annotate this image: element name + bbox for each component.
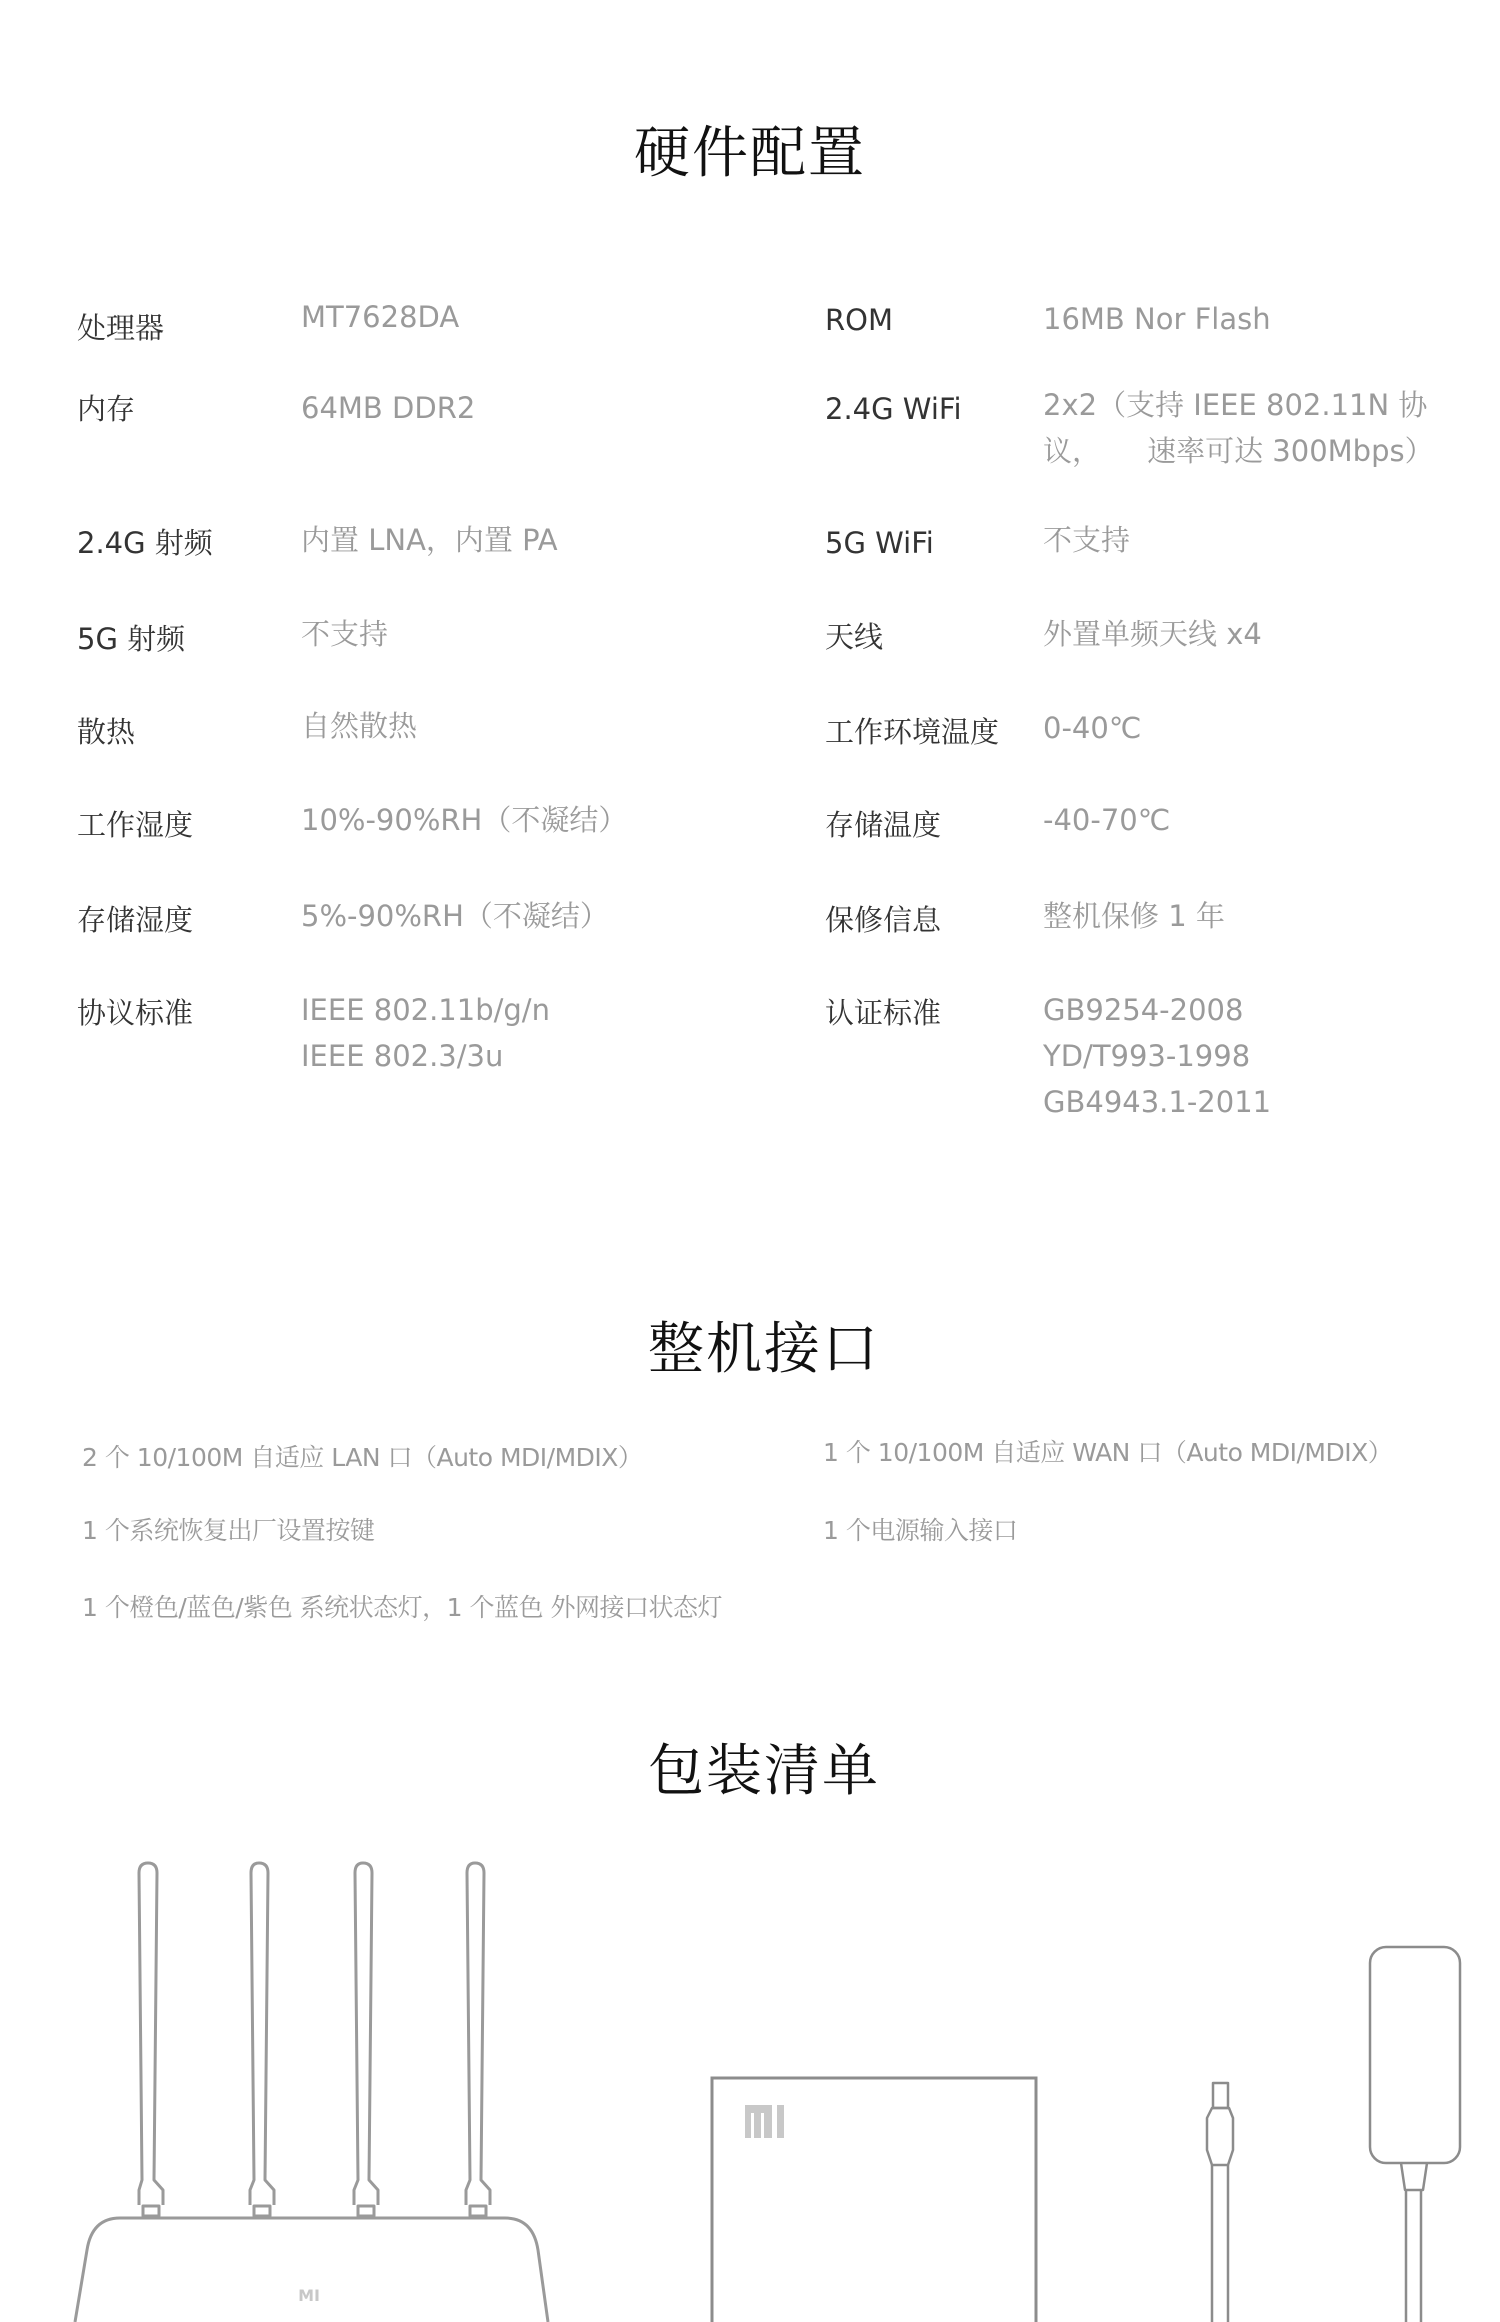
spec-label-storage-temp: 存储温度 <box>825 808 941 842</box>
interface-item-wan: 1 个 10/100M 自适应 WAN 口（Auto MDI/MDIX） <box>823 1437 1392 1469</box>
interfaces-section-title: 整机接口 <box>14 1318 1500 1382</box>
spec-label-rom: ROM <box>825 303 893 337</box>
router-antenna-icon <box>354 1863 378 2216</box>
manual-mi-logo <box>745 2105 784 2138</box>
spec-label-antenna: 天线 <box>825 620 883 654</box>
spec-label-protocol: 协议标准 <box>77 996 193 1030</box>
router-antenna-icon <box>139 1863 163 2216</box>
spec-value-protocol: IEEE 802.11b/g/n IEEE 802.3/3u <box>301 987 550 1079</box>
spec-label-op-temp: 工作环境温度 <box>825 715 999 749</box>
router-antenna-icon <box>466 1863 490 2216</box>
power-adapter-illustration <box>1370 1947 1460 2322</box>
dc-plug-illustration <box>1207 2083 1233 2322</box>
spec-label-op-humidity: 工作湿度 <box>77 808 193 842</box>
interface-item-lan: 2 个 10/100M 自适应 LAN 口（Auto MDI/MDIX） <box>82 1442 642 1474</box>
spec-label-24g-rf: 2.4G 射频 <box>77 526 213 560</box>
spec-value-op-temp: 0-40℃ <box>1043 705 1141 751</box>
spec-value-storage-temp: -40-70℃ <box>1043 797 1170 843</box>
router-illustration <box>75 1863 548 2322</box>
spec-label-memory: 内存 <box>77 392 135 426</box>
spec-label-processor: 处理器 <box>77 311 164 345</box>
spec-value-5g-rf: 不支持 <box>301 611 388 657</box>
hardware-section-title: 硬件配置 <box>0 122 1500 186</box>
interface-item-power-input: 1 个电源输入接口 <box>823 1515 1017 1547</box>
spec-label-warranty: 保修信息 <box>825 903 941 937</box>
spec-value-warranty: 整机保修 1 年 <box>1043 893 1225 939</box>
spec-label-certification: 认证标准 <box>825 996 941 1030</box>
spec-value-5g-wifi: 不支持 <box>1043 517 1130 563</box>
interface-item-reset-button: 1 个系统恢复出厂设置按键 <box>82 1515 374 1547</box>
spec-value-op-humidity: 10%-90%RH（不凝结） <box>301 797 627 843</box>
interface-item-status-lights: 1 个橙色/蓝色/紫色 系统状态灯，1 个蓝色 外网接口状态灯 <box>82 1592 722 1624</box>
router-body <box>75 2218 548 2322</box>
router-mi-logo: MI <box>298 2286 320 2305</box>
router-antenna-icon <box>250 1863 274 2216</box>
spec-value-antenna: 外置单频天线 x4 <box>1043 611 1262 657</box>
spec-value-cooling: 自然散热 <box>301 703 417 749</box>
spec-value-rom: 16MB Nor Flash <box>1043 296 1271 342</box>
spec-value-processor: MT7628DA <box>301 294 459 340</box>
spec-value-24g-wifi: 2x2（支持 IEEE 802.11N 协 议， 速率可达 300Mbps） <box>1043 382 1434 474</box>
manual-illustration <box>712 2078 1036 2322</box>
spec-label-cooling: 散热 <box>77 715 135 749</box>
spec-label-24g-wifi: 2.4G WiFi <box>825 392 962 426</box>
spec-value-storage-humidity: 5%-90%RH（不凝结） <box>301 893 609 939</box>
spec-value-memory: 64MB DDR2 <box>301 385 475 431</box>
package-section-title: 包装清单 <box>14 1740 1500 1804</box>
spec-label-storage-humidity: 存储湿度 <box>77 903 193 937</box>
package-illustrations: MI <box>0 0 1500 2322</box>
spec-label-5g-rf: 5G 射频 <box>77 622 185 656</box>
spec-value-24g-rf: 内置 LNA，内置 PA <box>301 517 558 563</box>
spec-label-5g-wifi: 5G WiFi <box>825 526 934 560</box>
spec-value-certification: GB9254-2008 YD/T993-1998 GB4943.1-2011 <box>1043 987 1271 1125</box>
